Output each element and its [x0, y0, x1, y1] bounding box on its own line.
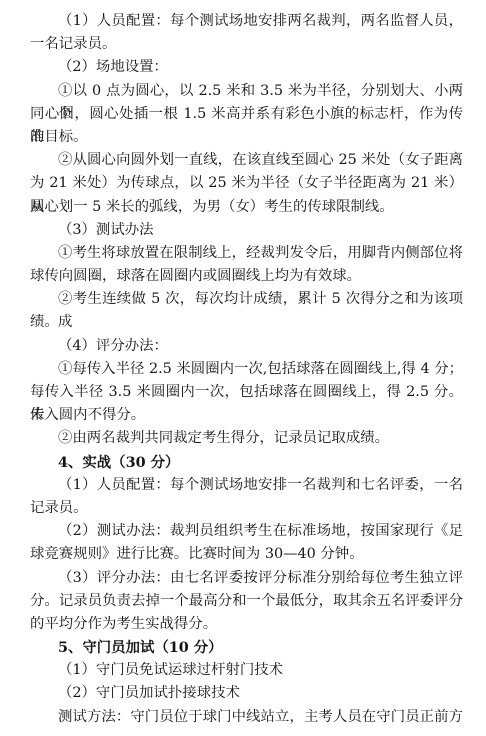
text-line: ①以 0 点为圆心，以 2.5 米和 3.5 米为半径，分别划大、小两个 — [30, 80, 463, 103]
section-heading: 5、守门员加试（10 分） — [30, 636, 463, 659]
paragraph-scoring-title: （4）评分办法： — [30, 335, 463, 358]
text-line: 同心圆，圆心处插一根 1.5 米高并系有彩色小旗的标志杆，作为传准 — [30, 103, 463, 126]
text-line: 球传向圆圈，球落在圆圈内或圆圈线上均为有效球。 — [30, 265, 463, 288]
text-line: 的平均分作为考生实战得分。 — [30, 613, 463, 636]
text-line: ①每传入半径 2.5 米圆圈内一次,包括球落在圆圈线上,得 4 分； — [30, 358, 463, 381]
text-line: （1）人员配置：每个测试场地安排两名裁判，两名监督人员， — [30, 10, 463, 33]
text-line: 一名记录员。 — [30, 33, 463, 56]
paragraph-goalkeeper-test-method: 测试方法：守门员位于球门中线站立，主考人员在守门员正前方 — [30, 706, 463, 729]
paragraph-goalkeeper-2: （2）守门员加试扑接球技术 — [30, 682, 463, 705]
text-line: 绩。 — [30, 311, 463, 334]
paragraph-venue-setup-title: （2）场地设置： — [30, 56, 463, 79]
section-heading: 4、实战（30 分） — [30, 451, 463, 474]
section-heading-goalkeeper: 5、守门员加试（10 分） — [30, 636, 463, 659]
paragraph-match-personnel: （1）人员配置：每个测试场地安排一名裁判和七名评委，一名 记录员。 — [30, 474, 463, 520]
text-line: （1）人员配置：每个测试场地安排一名裁判和七名评委，一名 — [30, 474, 463, 497]
section-heading-match: 4、实战（30 分） — [30, 451, 463, 474]
paragraph-match-test-method: （2）测试办法：裁判员组织考生在标准场地，按国家现行《足 球竞赛规则》进行比赛。… — [30, 520, 463, 566]
text-line: 的目标。 — [30, 126, 463, 149]
paragraph-scoring-2: ②由两名裁判共同裁定考生得分，记录员记取成绩。 — [30, 427, 463, 450]
text-line: 记录员。 — [30, 497, 463, 520]
subsection-title: （4）评分办法： — [30, 335, 463, 358]
paragraph-test-method-title: （3）测试办法 — [30, 219, 463, 242]
text-line: 分。记录员负责去掉一个最高分和一个最低分，取其余五名评委评分 — [30, 590, 463, 613]
paragraph-personnel-config-1: （1）人员配置：每个测试场地安排两名裁判，两名监督人员， 一名记录员。 — [30, 10, 463, 56]
text-line: ②从圆心向圆外划一直线，在该直线至圆心 25 米处（女子距离 — [30, 149, 463, 172]
paragraph-venue-setup-2: ②从圆心向圆外划一直线，在该直线至圆心 25 米处（女子距离 为 21 米处）为… — [30, 149, 463, 219]
subsection-title: （3）测试办法 — [30, 219, 463, 242]
text-line: 测试方法：守门员位于球门中线站立，主考人员在守门员正前方 — [30, 706, 463, 729]
text-line: 为 21 米处）为传球点，以 25 米为半径（女子半径距离为 21 米）从 — [30, 172, 463, 195]
paragraph-scoring-1: ①每传入半径 2.5 米圆圈内一次,包括球落在圆圈线上,得 4 分； 每传入半径… — [30, 358, 463, 428]
text-line: ①考生将球放置在限制线上，经裁判发令后，用脚背内侧部位将 — [30, 242, 463, 265]
text-line: 传入圆内不得分。 — [30, 404, 463, 427]
subsection-title: （2）场地设置： — [30, 56, 463, 79]
text-line: 球竞赛规则》进行比赛。比赛时间为 30—40 分钟。 — [30, 543, 463, 566]
text-line: ②由两名裁判共同裁定考生得分，记录员记取成绩。 — [30, 427, 463, 450]
text-line: 圆心划一 5 米长的弧线，为男（女）考生的传球限制线。 — [30, 196, 463, 219]
text-line: （1）守门员免试运球过杆射门技术 — [30, 659, 463, 682]
paragraph-test-method-1: ①考生将球放置在限制线上，经裁判发令后，用脚背内侧部位将 球传向圆圈，球落在圆圈… — [30, 242, 463, 288]
text-line: ②考生连续做 5 次，每次均计成绩，累计 5 次得分之和为该项成 — [30, 288, 463, 311]
paragraph-match-scoring: （3）评分办法：由七名评委按评分标准分别给每位考生独立评 分。记录员负责去掉一个… — [30, 567, 463, 637]
text-line: （2）测试办法：裁判员组织考生在标准场地，按国家现行《足 — [30, 520, 463, 543]
text-line: （2）守门员加试扑接球技术 — [30, 682, 463, 705]
document-page: （1）人员配置：每个测试场地安排两名裁判，两名监督人员， 一名记录员。 （2）场… — [0, 0, 486, 736]
paragraph-test-method-2: ②考生连续做 5 次，每次均计成绩，累计 5 次得分之和为该项成 绩。 — [30, 288, 463, 334]
paragraph-goalkeeper-1: （1）守门员免试运球过杆射门技术 — [30, 659, 463, 682]
text-line: 每传入半径 3.5 米圆圈内一次，包括球落在圆圈线上，得 2.5 分。未 — [30, 381, 463, 404]
text-line: （3）评分办法：由七名评委按评分标准分别给每位考生独立评 — [30, 567, 463, 590]
paragraph-venue-setup-1: ①以 0 点为圆心，以 2.5 米和 3.5 米为半径，分别划大、小两个 同心圆… — [30, 80, 463, 150]
